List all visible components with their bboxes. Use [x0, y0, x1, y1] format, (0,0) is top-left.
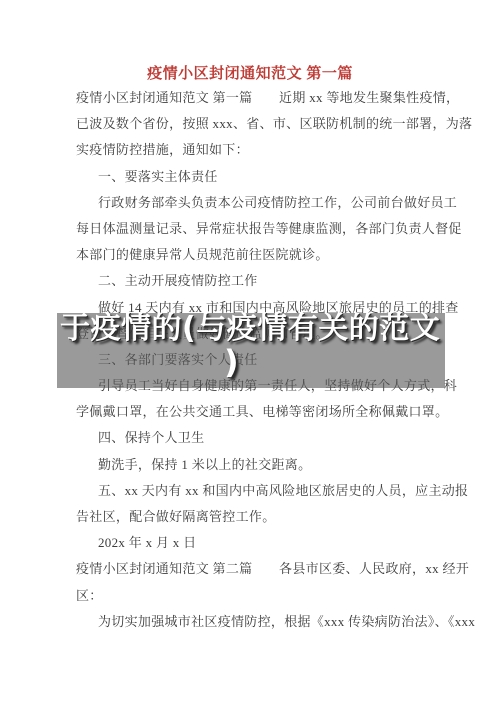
doc-line: 告社区，配合做好隔离管控工作。: [76, 504, 428, 530]
document-page: #bf3a34 疫情小区封闭通知范文 第一篇 疫情小区封闭通知范文 第一篇 近期…: [0, 0, 500, 706]
doc-line: 一、要落实主体责任: [76, 164, 428, 190]
doc-line: 本部门的健康异常人员规范前往医院就诊。: [76, 242, 428, 268]
doc-line: 五、xx 天内有 xx 和国内中高风险地区旅居史的人员，应主动报: [76, 478, 428, 504]
doc-line: 四、保持个人卫生: [76, 425, 428, 451]
doc-line: 二、主动开展疫情防控工作: [76, 268, 428, 294]
doc-line: 实疫情防控措施，通知如下：: [76, 137, 428, 163]
doc-line: 已波及数个省份，按照 xxx、省、市、区联防机制的统一部署，为落: [76, 111, 428, 137]
doc-line: 行政财务部牵头负责本公司疫情防控工作，公司前台做好员工: [76, 190, 428, 216]
doc-line: 为切实加强城市社区疫情防控，根据《xxx 传染病防治法》、《xxx: [76, 609, 428, 635]
doc-line: 疫情小区封闭通知范文 第二篇 各县市区委、人民政府，xx 经开: [76, 556, 428, 582]
doc-line: 202x 年 x 月 x 日: [76, 530, 428, 556]
doc-line: 疫情小区封闭通知范文 第一篇 近期 xx 等地发生聚集性疫情，: [76, 85, 428, 111]
doc-line: 区：: [76, 583, 428, 609]
watermark-text-line2: ): [224, 340, 239, 384]
watermark-text-line1: 于疫情的(与疫情有关的范文: [60, 309, 440, 349]
doc-line: 学佩戴口罩，在公共交通工具、电梯等密闭场所全称佩戴口罩。: [76, 399, 428, 425]
document-title: 疫情小区封闭通知范文 第一篇: [0, 64, 500, 84]
doc-line: 每日体温测量记录、异常症状报告等健康监测，各部门负责人督促: [76, 216, 428, 242]
doc-line: 勤洗手，保持 1 米以上的社交距离。: [76, 452, 428, 478]
